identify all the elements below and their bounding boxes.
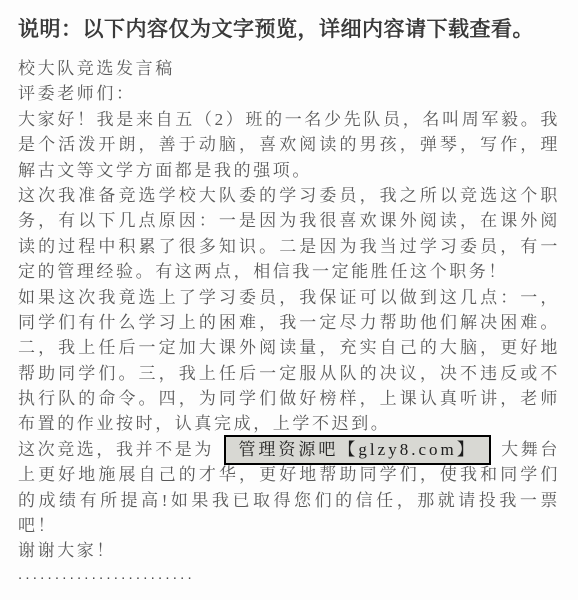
- doc-line: 大家好！我是来自五（2）班的一名少先队员，名叫周军毅。我: [18, 107, 560, 132]
- watermark-line-before: 这次竞选，我并不是为: [18, 437, 214, 462]
- doc-line: 如果这次我竟选上了学习委员，我保证可以做到这几点：一，: [18, 285, 560, 310]
- preview-notice: 说明：以下内容仅为文字预览，详细内容请下载查看。: [0, 0, 578, 43]
- document-preview-page: 说明：以下内容仅为文字预览，详细内容请下载查看。 校大队竞选发言稿 评委老师们：…: [0, 0, 578, 600]
- doc-line: 上更好地施展自己的才华，更好地帮助同学们，使我和同学们: [18, 462, 560, 487]
- doc-line: 布置的作业按时，认真完成，上学不迟到。: [18, 411, 560, 436]
- doc-line: 读的过程中积累了很多知识。二是因为我当过学习委员，有一: [18, 234, 560, 259]
- doc-line: 是个活泼开朗，善于动脑，喜欢阅读的男孩，弹琴，写作，理: [18, 132, 560, 157]
- doc-line: 的成绩有所提高!如果我已取得您们的信任，那就请投我一票: [18, 488, 560, 513]
- doc-line: 同学们有什么学习上的困难，我一定尽力帮助他们解决困难。: [18, 310, 560, 335]
- doc-line: 这次我准备竞选学校大队委的学习委员，我之所以竞选这个职: [18, 183, 560, 208]
- doc-salutation: 评委老师们：: [18, 81, 560, 106]
- doc-line: 务，有以下几点原因：一是因为我很喜欢课外阅读，在课外阅: [18, 208, 560, 233]
- watermark-line: 这次竞选，我并不是为 管理资源吧【glzy8.com】 大舞台: [18, 437, 560, 462]
- watermark-text: 管理资源吧【glzy8.com】: [238, 437, 476, 462]
- doc-line: 谢谢大家！: [18, 538, 560, 563]
- watermark-box: 管理资源吧【glzy8.com】: [224, 435, 490, 465]
- watermark-line-after: 大舞台: [501, 437, 560, 462]
- doc-line: 执行队的命令。四，为同学们做好榜样，上课认真听讲，老师: [18, 386, 560, 411]
- doc-line: 帮助同学们。三，我上任后一定服从队的决议，决不违反或不: [18, 361, 560, 386]
- doc-line: 吧！: [18, 513, 560, 538]
- doc-line: 二，我上任后一定加大课外阅读量，充实自己的大脑，更好地: [18, 335, 560, 360]
- doc-ellipsis: ........................: [18, 564, 560, 589]
- doc-line: 定的管理经验。有这两点，相信我一定能胜任这个职务！: [18, 259, 560, 284]
- document-body: 校大队竞选发言稿 评委老师们： 大家好！我是来自五（2）班的一名少先队员，名叫周…: [0, 43, 578, 589]
- doc-title: 校大队竞选发言稿: [18, 56, 560, 81]
- doc-line: 解古文等文学方面都是我的强项。: [18, 158, 560, 183]
